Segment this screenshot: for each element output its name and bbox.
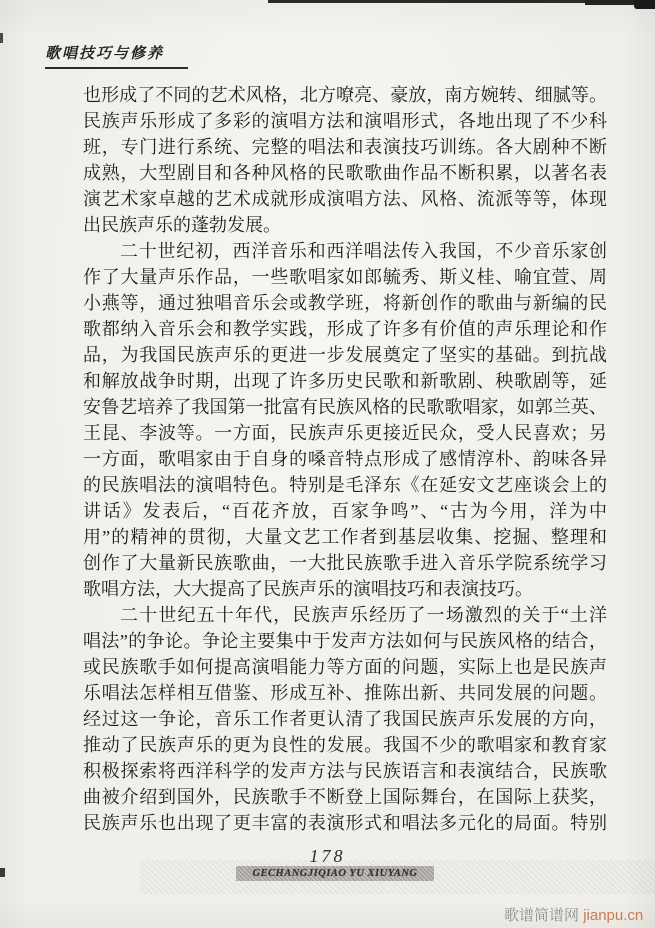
body-line: 讲话》发表后，“百花齐放，百家争鸣”、“古为今用，洋为中 — [83, 498, 607, 524]
body-line: 曲被介绍到国外，民族歌手不断登上国际舞台，在国际上获奖， — [83, 784, 607, 810]
body-line: 出民族声乐的蓬勃发展。 — [83, 212, 607, 238]
watermark: 歌谱简谱网 jianpu.cn — [504, 904, 643, 925]
running-header-title: 歌唱技巧与修养 — [45, 42, 188, 69]
scan-artifact-left-edge-lower — [0, 868, 5, 877]
body-text: 也形成了不同的艺术风格，北方嘹亮、豪放，南方婉转、细腻等。民族声乐形成了多彩的演… — [83, 82, 607, 836]
body-line: 作了大量声乐作品，一些歌唱家如郎毓秀、斯义桂、喻宜萱、周 — [83, 264, 607, 290]
body-line: 积极探索将西洋科学的发声方法与民族语言和表演结合，民族歌 — [83, 758, 607, 784]
watermark-site-name: 歌谱简谱网 — [504, 907, 579, 924]
body-line: 经过这一争论，音乐工作者更认清了我国民族声乐发展的方向， — [83, 706, 607, 732]
body-line: 民族声乐形成了多彩的演唱方法和演唱形式，各地出现了不少科 — [83, 108, 607, 134]
body-line: 也形成了不同的艺术风格，北方嘹亮、豪放，南方婉转、细腻等。 — [83, 82, 607, 108]
body-line: 小燕等，通过独唱音乐会或教学班，将新创作的歌曲与新编的民 — [83, 290, 607, 316]
body-line: 安鲁艺培养了我国第一批富有民族风格的民歌歌唱家，如郭兰英、 — [83, 394, 607, 420]
body-line: 歌都纳入音乐会和教学实践，形成了许多有价值的声乐理论和作 — [83, 316, 607, 342]
body-line: 用”的精神的贯彻，大量文艺工作者到基层收集、挖掘、整理和 — [83, 524, 607, 550]
body-line: 品，为我国民族声乐的更进一步发展奠定了坚实的基础。到抗战 — [83, 342, 607, 368]
body-line: 王昆、李波等。一方面，民族声乐更接近民众，受人民喜欢；另 — [83, 420, 607, 446]
body-line: 或民族歌手如何提高演唱能力等方面的问题，实际上也是民族声 — [83, 654, 607, 680]
body-line: 唱法”的争论。争论主要集中于发声方法如何与民族风格的结合， — [83, 628, 607, 654]
body-line: 乐唱法怎样相互借鉴、形成互补、推陈出新、共同发展的问题。 — [83, 680, 607, 706]
body-line: 演艺术家卓越的艺术成就形成演唱方法、风格、流派等等，体现 — [83, 186, 607, 212]
footer-banner-pinyin-title: GECHANGJIQIAO YU XIUYANG — [236, 866, 434, 881]
body-line: 的民族唱法的演唱特色。特别是毛泽东《在延安文艺座谈会上的 — [83, 472, 607, 498]
scanned-page: 歌唱技巧与修养 也形成了不同的艺术风格，北方嘹亮、豪放，南方婉转、细腻等。民族声… — [0, 0, 655, 928]
body-line: 和解放战争时期，出现了许多历史民歌和新歌剧、秧歌剧等，延 — [83, 368, 607, 394]
body-line: 一方面，歌唱家由于自身的嗓音特点形成了感情淳朴、韵味各异 — [83, 446, 607, 472]
body-line: 二十世纪初，西洋音乐和西洋唱法传入我国，不少音乐家创 — [83, 238, 607, 264]
watermark-site-url: jianpu.cn — [583, 907, 643, 924]
body-line: 成熟，大型剧目和各种风格的民歌歌曲作品不断积累，以著名表 — [83, 160, 607, 186]
body-line: 推动了民族声乐的更为良性的发展。我国不少的歌唱家和教育家 — [83, 732, 607, 758]
body-line: 歌唱方法，大大提高了民族声乐的演唱技巧和表演技巧。 — [83, 576, 607, 602]
body-line: 创作了大量新民族歌曲，一大批民族歌手进入音乐学院系统学习 — [83, 550, 607, 576]
body-line: 民族声乐也出现了更丰富的表演形式和唱法多元化的局面。特别 — [83, 810, 607, 836]
body-line: 二十世纪五十年代，民族声乐经历了一场激烈的关于“土洋 — [83, 602, 607, 628]
body-line: 班，专门进行系统、完整的唱法和表演技巧训练。各大剧种不断 — [83, 134, 607, 160]
scan-artifact-left-edge-upper — [0, 33, 3, 43]
scan-artifact-top-corner — [634, 0, 655, 9]
